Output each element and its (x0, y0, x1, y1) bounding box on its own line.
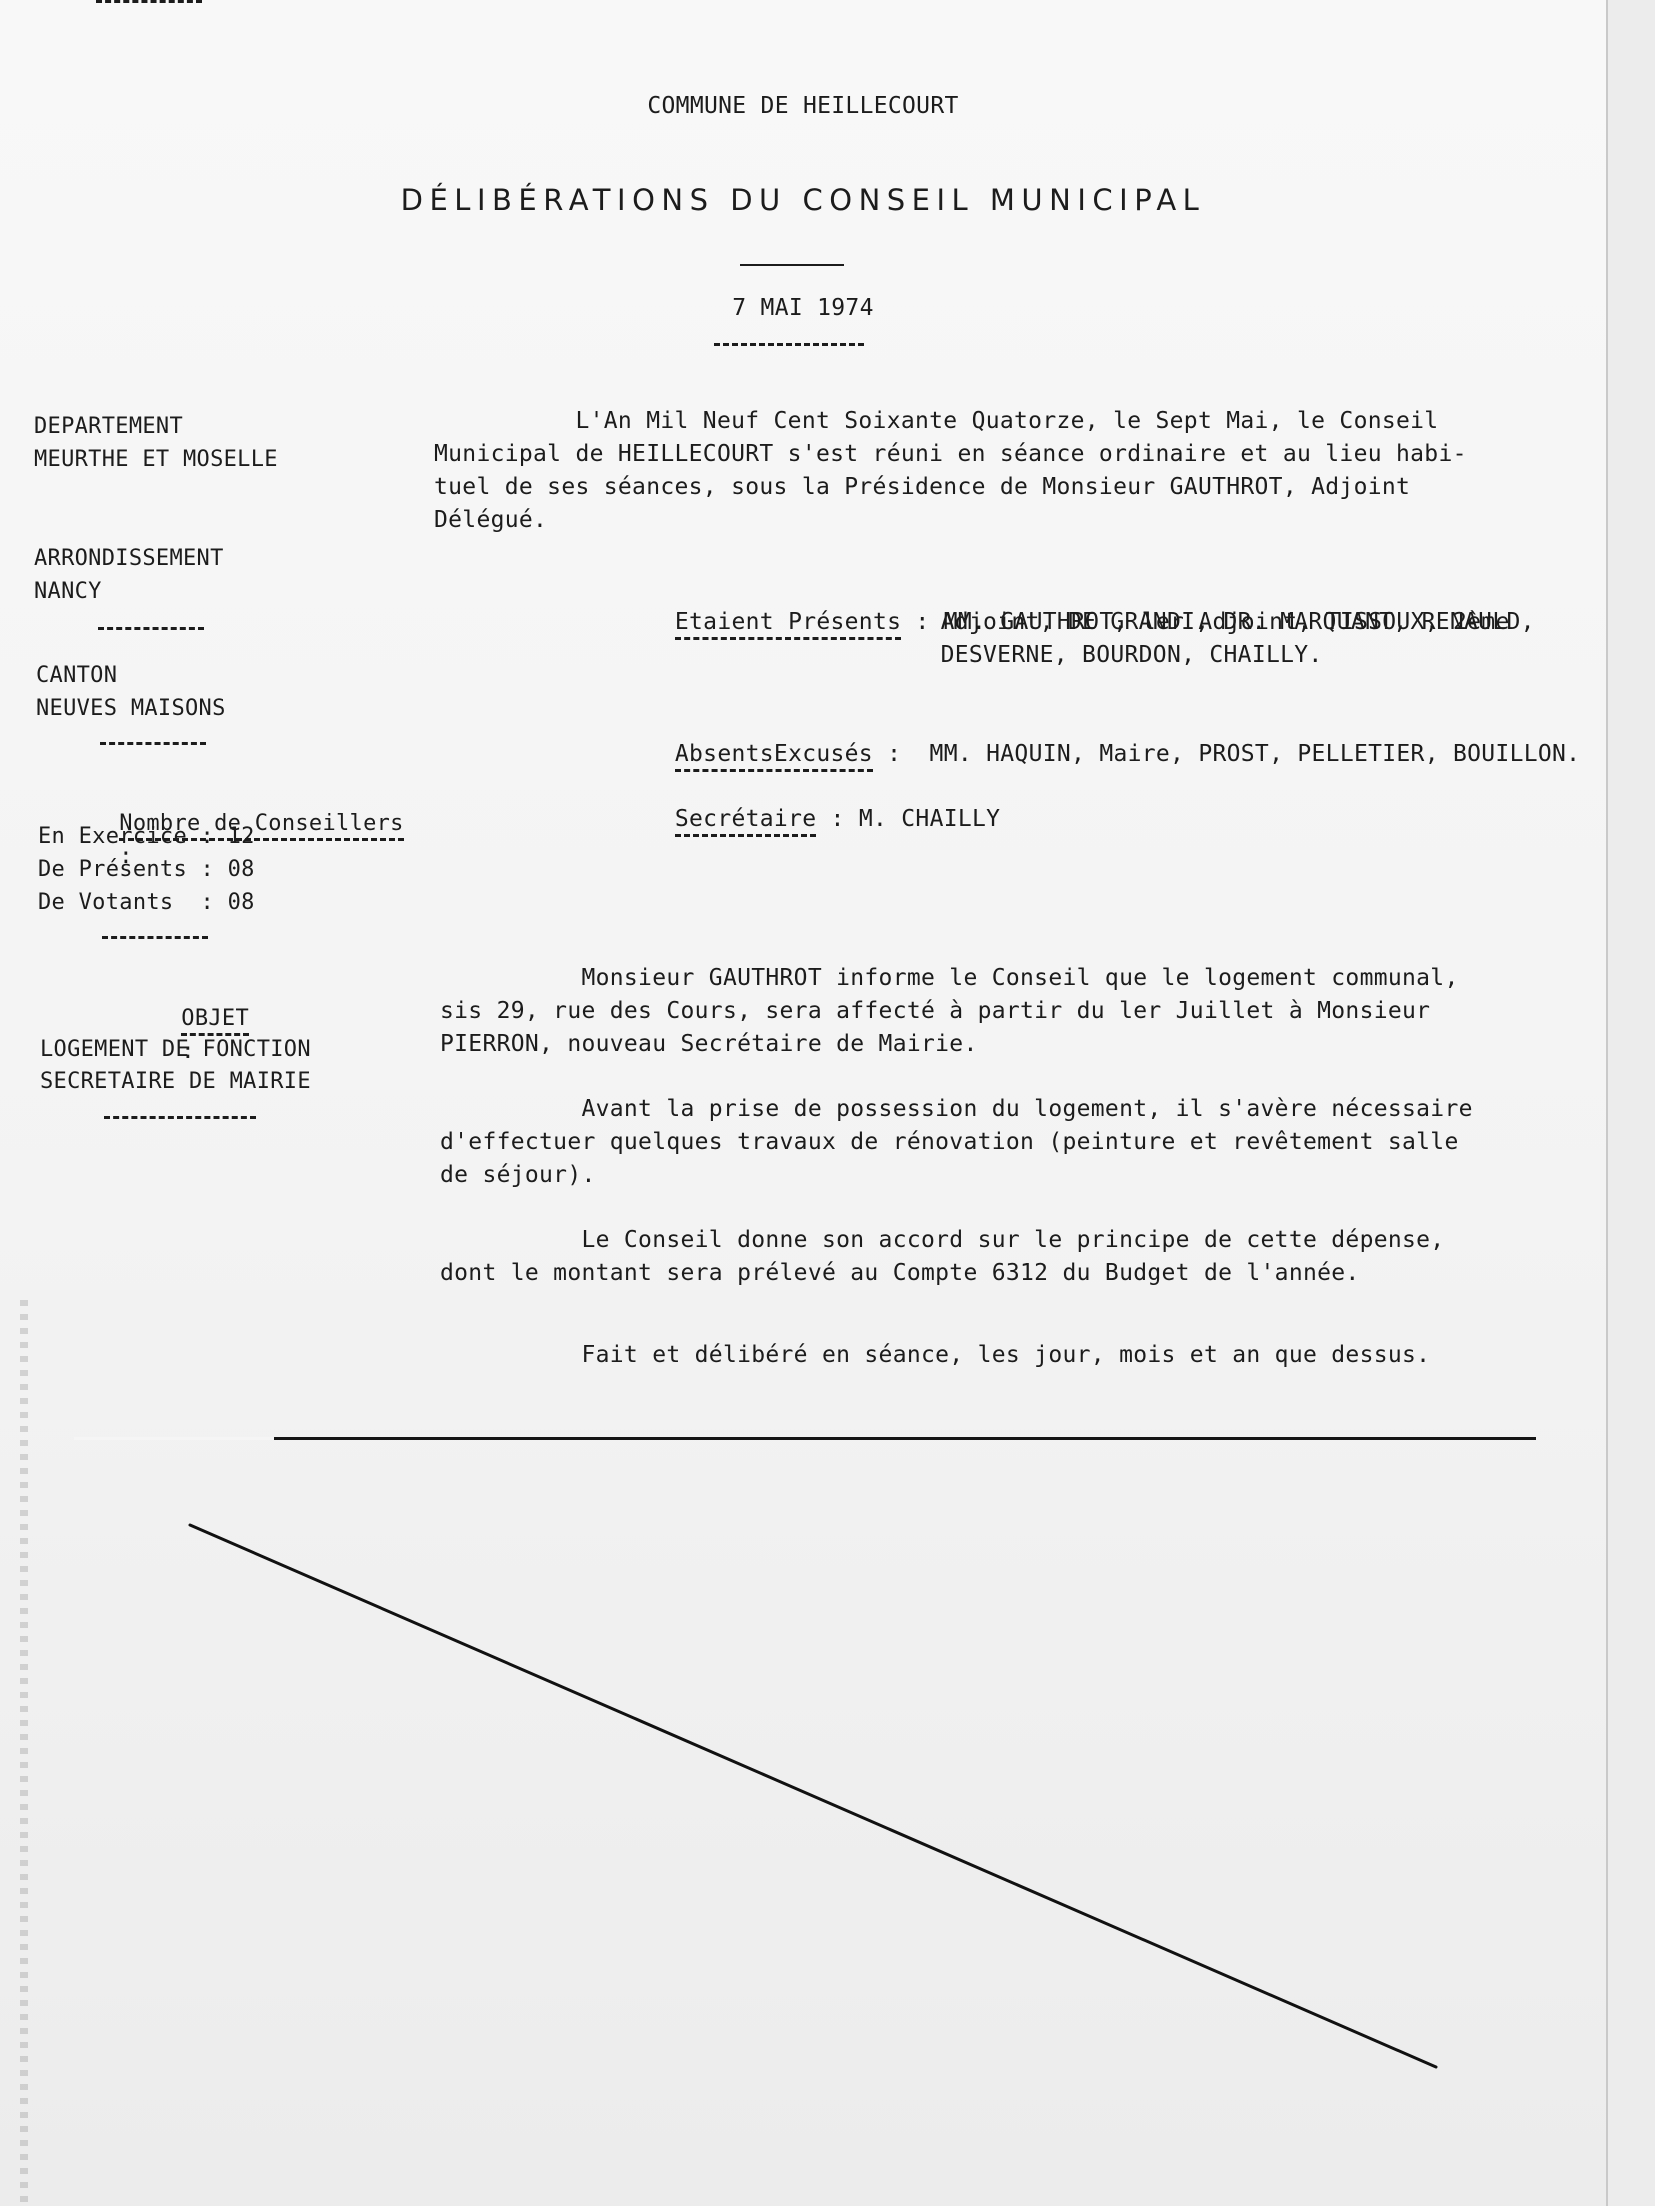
document-page: COMMUNE DE HEILLECOURT DÉLIBÉRATIONS DU … (0, 0, 1608, 2206)
diagonal-void-line (0, 0, 1606, 2206)
